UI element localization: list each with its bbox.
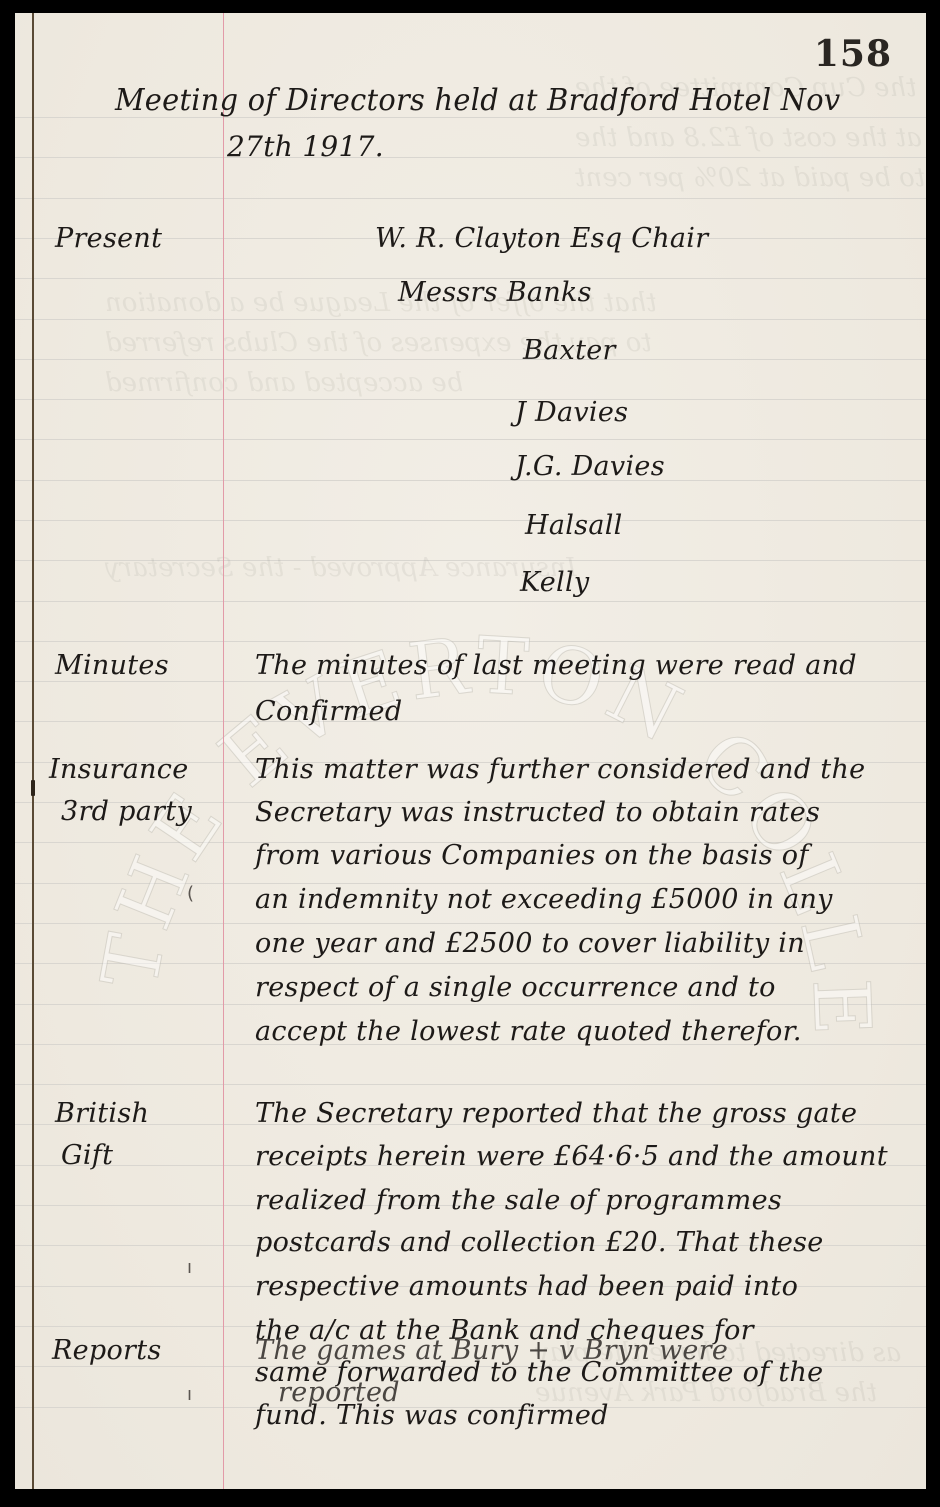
label-reports: Reports	[52, 1335, 162, 1366]
ruled-line	[15, 1004, 926, 1005]
ruled-line	[15, 399, 926, 400]
attendee: Halsall	[525, 510, 623, 541]
margin-tick-mark: (	[187, 883, 194, 904]
british-gift-line: The Secretary reported that the gross ga…	[255, 1098, 857, 1129]
attendee: J Davies	[515, 397, 628, 428]
insurance-line: respect of a single occurrence and to	[255, 972, 776, 1003]
ruled-line	[15, 641, 926, 642]
ruled-line	[15, 439, 926, 440]
minutes-line: The minutes of last meeting were read an…	[255, 650, 857, 681]
margin-tick-mark: ı	[187, 1257, 192, 1278]
attendee: Kelly	[520, 567, 589, 598]
insurance-line: from various Companies on the basis of	[255, 840, 809, 871]
ruled-line	[15, 319, 926, 320]
minutes-line: Confirmed	[255, 696, 402, 727]
ruled-line	[15, 601, 926, 602]
margin-tick-mark: ı	[187, 1384, 192, 1405]
british-gift-line: respective amounts had been paid into	[255, 1271, 798, 1302]
meeting-date: 27th 1917.	[227, 130, 384, 163]
ruled-line	[15, 681, 926, 682]
binding-edge	[32, 13, 34, 1489]
minute-book-page: the offer to the Cup Committee of the at…	[15, 13, 926, 1489]
label-minutes: Minutes	[55, 650, 169, 681]
document-viewer: the offer to the Cup Committee of the at…	[0, 0, 940, 1507]
label-gift: Gift	[61, 1140, 113, 1171]
ruled-line	[15, 198, 926, 199]
binding-stitch	[31, 780, 35, 796]
british-gift-line: realized from the sale of programmes	[255, 1185, 782, 1216]
ruled-line	[15, 923, 926, 924]
ruled-line	[15, 721, 926, 722]
british-gift-line: receipts herein were £64·6·5 and the amo…	[255, 1141, 888, 1172]
ruled-line	[15, 359, 926, 360]
bleed-through-text: to be paid at 20% per cent	[575, 163, 925, 193]
attendee: Baxter	[523, 335, 616, 366]
british-gift-line: postcards and collection £20. That these	[255, 1227, 824, 1258]
label-present: Present	[55, 223, 162, 254]
bleed-through-text: at the cost of £2.8 and the	[575, 123, 922, 153]
ruled-line	[15, 480, 926, 481]
label-third-party: 3rd party	[61, 796, 192, 827]
insurance-line: Secretary was instructed to obtain rates	[255, 797, 820, 828]
insurance-line: an indemnity not exceeding £5000 in any	[255, 884, 833, 915]
ruled-line	[15, 520, 926, 521]
label-insurance: Insurance	[49, 754, 189, 785]
attendee: J.G. Davies	[515, 451, 665, 482]
ruled-line	[15, 157, 926, 158]
label-british: British	[55, 1098, 149, 1129]
red-margin-rule	[223, 13, 224, 1489]
insurance-line: This matter was further considered and t…	[255, 754, 865, 785]
bleed-through-text: Insurance Approved - the Secretary	[105, 553, 577, 583]
attendee-chair: W. R. Clayton Esq Chair	[375, 223, 708, 254]
reports-line: The games at Bury + v Bryn were	[255, 1335, 728, 1366]
attendee: Messrs Banks	[398, 277, 592, 308]
insurance-line: one year and £2500 to cover liability in	[255, 928, 805, 959]
ruled-line	[15, 963, 926, 964]
page-number: 158	[814, 33, 892, 75]
bleed-through-text: be accepted and confirmed	[105, 368, 463, 398]
meeting-heading: Meeting of Directors held at Bradford Ho…	[115, 83, 840, 118]
reports-line: reported	[278, 1377, 400, 1408]
ruled-line	[15, 1084, 926, 1085]
insurance-line: accept the lowest rate quoted therefor.	[255, 1016, 802, 1047]
